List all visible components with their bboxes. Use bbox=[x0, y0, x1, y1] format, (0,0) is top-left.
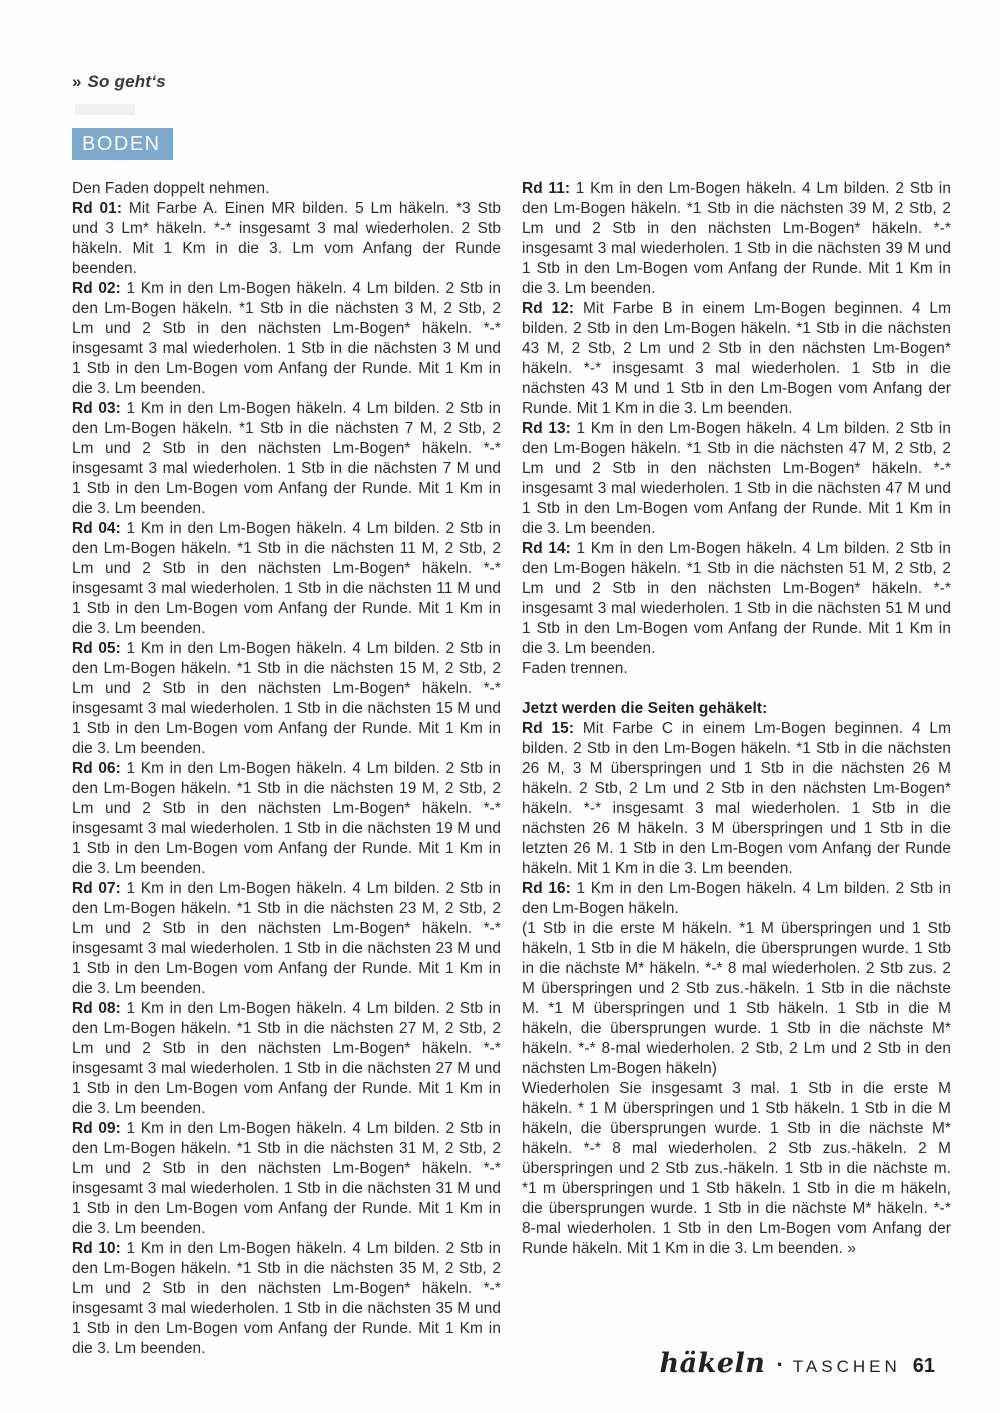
round-text: Mit Farbe A. Einen MR bilden. 5 Lm häkel… bbox=[72, 200, 501, 277]
round-text: 1 Km in den Lm-Bogen häkeln. 4 Lm bilden… bbox=[522, 880, 951, 917]
bracket-instruction-paragraph: (1 Stb in die erste M häkeln. *1 M übers… bbox=[522, 919, 951, 1079]
intro-paragraph: Den Faden doppelt nehmen. bbox=[72, 179, 501, 199]
kicker-heading: »So geht‘s bbox=[72, 72, 166, 92]
round-text: 1 Km in den Lm-Bogen häkeln. 4 Lm bilden… bbox=[72, 1000, 501, 1117]
round-label: Rd 12: bbox=[522, 300, 574, 317]
scan-artifact bbox=[75, 104, 135, 115]
round-label: Rd 16: bbox=[522, 880, 571, 897]
round-text: 1 Km in den Lm-Bogen häkeln. 4 Lm bilden… bbox=[72, 280, 501, 397]
round-text: 1 Km in den Lm-Bogen häkeln. 4 Lm bilden… bbox=[72, 400, 501, 517]
round-text: Wiederholen Sie insgesamt 3 mal. 1 Stb i… bbox=[522, 1080, 951, 1257]
round-text: 1 Km in den Lm-Bogen häkeln. 4 Lm bilden… bbox=[72, 1240, 501, 1357]
round-13-paragraph: Rd 13: 1 Km in den Lm-Bogen häkeln. 4 Lm… bbox=[522, 419, 951, 539]
round-09-paragraph: Rd 09: 1 Km in den Lm-Bogen häkeln. 4 Lm… bbox=[72, 1119, 501, 1239]
round-label: Rd 13: bbox=[522, 420, 571, 437]
round-label: Rd 11: bbox=[522, 180, 570, 197]
round-label: Rd 15: bbox=[522, 720, 574, 737]
round-label: Rd 03: bbox=[72, 400, 121, 417]
left-column: Den Faden doppelt nehmen. Rd 01: Mit Far… bbox=[72, 179, 501, 1359]
round-text: Den Faden doppelt nehmen. bbox=[72, 180, 270, 197]
round-06-paragraph: Rd 06: 1 Km in den Lm-Bogen häkeln. 4 Lm… bbox=[72, 759, 501, 879]
page-footer: häkeln · TASCHEN 61 bbox=[660, 1348, 935, 1379]
round-text: Mit Farbe B in einem Lm-Bogen beginnen. … bbox=[522, 300, 951, 417]
round-01-paragraph: Rd 01: Mit Farbe A. Einen MR bilden. 5 L… bbox=[72, 199, 501, 279]
round-text: (1 Stb in die erste M häkeln. *1 M übers… bbox=[522, 920, 951, 1077]
right-column: Rd 11: 1 Km in den Lm-Bogen häkeln. 4 Lm… bbox=[522, 179, 951, 1259]
magazine-page: »So geht‘s BODEN Den Faden doppelt nehme… bbox=[0, 0, 1000, 1413]
round-text: 1 Km in den Lm-Bogen häkeln. 4 Lm bilden… bbox=[72, 880, 501, 997]
round-10-paragraph: Rd 10: 1 Km in den Lm-Bogen häkeln. 4 Lm… bbox=[72, 1239, 501, 1359]
round-label: Rd 08: bbox=[72, 1000, 121, 1017]
round-05-paragraph: Rd 05: 1 Km in den Lm-Bogen häkeln. 4 Lm… bbox=[72, 639, 501, 759]
round-text: 1 Km in den Lm-Bogen häkeln. 4 Lm bilden… bbox=[522, 180, 951, 297]
sides-subheading: Jetzt werden die Seiten gehäkelt: bbox=[522, 699, 951, 719]
section-name: TASCHEN bbox=[793, 1357, 901, 1377]
cut-thread-note: Faden trennen. bbox=[522, 659, 951, 679]
round-text: Faden trennen. bbox=[522, 660, 628, 677]
round-07-paragraph: Rd 07: 1 Km in den Lm-Bogen häkeln. 4 Lm… bbox=[72, 879, 501, 999]
round-text: 1 Km in den Lm-Bogen häkeln. 4 Lm bilden… bbox=[72, 520, 501, 637]
round-03-paragraph: Rd 03: 1 Km in den Lm-Bogen häkeln. 4 Lm… bbox=[72, 399, 501, 519]
round-11-paragraph: Rd 11: 1 Km in den Lm-Bogen häkeln. 4 Lm… bbox=[522, 179, 951, 299]
round-label: Rd 10: bbox=[72, 1240, 121, 1257]
section-title: BODEN bbox=[72, 128, 173, 160]
round-label: Rd 09: bbox=[72, 1120, 121, 1137]
round-label: Rd 14: bbox=[522, 540, 571, 557]
round-text: 1 Km in den Lm-Bogen häkeln. 4 Lm bilden… bbox=[522, 540, 951, 657]
kicker-title: So geht‘s bbox=[87, 72, 165, 91]
subheading-label: Jetzt werden die Seiten gehäkelt: bbox=[522, 700, 767, 717]
round-15-paragraph: Rd 15: Mit Farbe C in einem Lm-Bogen beg… bbox=[522, 719, 951, 879]
round-label: Rd 07: bbox=[72, 880, 121, 897]
round-14-paragraph: Rd 14: 1 Km in den Lm-Bogen häkeln. 4 Lm… bbox=[522, 539, 951, 659]
round-label: Rd 06: bbox=[72, 760, 121, 777]
round-02-paragraph: Rd 02: 1 Km in den Lm-Bogen häkeln. 4 Lm… bbox=[72, 279, 501, 399]
round-12-paragraph: Rd 12: Mit Farbe B in einem Lm-Bogen beg… bbox=[522, 299, 951, 419]
page-number: 61 bbox=[913, 1355, 935, 1378]
round-08-paragraph: Rd 08: 1 Km in den Lm-Bogen häkeln. 4 Lm… bbox=[72, 999, 501, 1119]
round-label: Rd 05: bbox=[72, 640, 121, 657]
round-text: Mit Farbe C in einem Lm-Bogen beginnen. … bbox=[522, 720, 951, 877]
round-label: Rd 04: bbox=[72, 520, 121, 537]
round-label: Rd 02: bbox=[72, 280, 121, 297]
round-text: 1 Km in den Lm-Bogen häkeln. 4 Lm bilden… bbox=[72, 760, 501, 877]
round-text: 1 Km in den Lm-Bogen häkeln. 4 Lm bilden… bbox=[72, 1120, 501, 1237]
repeat-instruction-paragraph: Wiederholen Sie insgesamt 3 mal. 1 Stb i… bbox=[522, 1079, 951, 1259]
double-chevron-icon: » bbox=[72, 72, 80, 91]
round-04-paragraph: Rd 04: 1 Km in den Lm-Bogen häkeln. 4 Lm… bbox=[72, 519, 501, 639]
round-16-paragraph: Rd 16: 1 Km in den Lm-Bogen häkeln. 4 Lm… bbox=[522, 879, 951, 919]
magazine-name: häkeln bbox=[660, 1348, 766, 1379]
separator-dot-icon: · bbox=[776, 1352, 783, 1378]
round-label: Rd 01: bbox=[72, 200, 122, 217]
round-text: 1 Km in den Lm-Bogen häkeln. 4 Lm bilden… bbox=[522, 420, 951, 537]
round-text: 1 Km in den Lm-Bogen häkeln. 4 Lm bilden… bbox=[72, 640, 501, 757]
